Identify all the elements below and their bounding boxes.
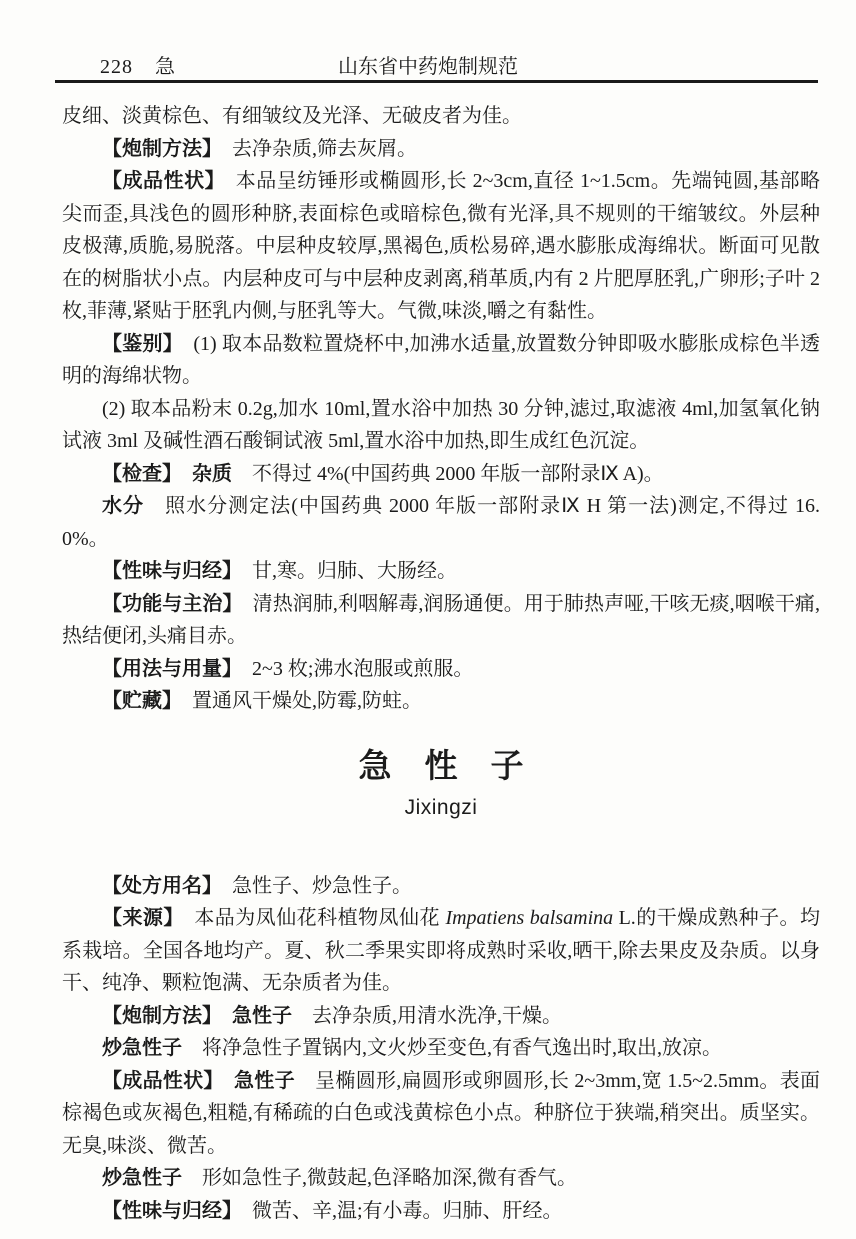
header-rule — [55, 80, 818, 83]
paragraph: 【用法与用量】 2~3 枚;沸水泡服或煎服。 — [62, 653, 820, 686]
section-label: 【成品性状】 — [102, 170, 215, 192]
paragraph: 【成品性状】 急性子 呈椭圆形,扁圆形或卵圆形,长 2~3mm,宽 1.5~2.… — [62, 1065, 820, 1163]
section-label: 【成品性状】 — [102, 1070, 214, 1092]
text-run: 皮细、淡黄棕色、有细皱纹及光泽、无破皮者为佳。 — [62, 105, 522, 127]
section-label: 【炮制方法】 — [102, 138, 212, 160]
text-run: 本品为凤仙花科植物凤仙花 — [174, 907, 446, 929]
text-run: 急性子 — [212, 1005, 292, 1027]
section-label: 【贮藏】 — [102, 690, 172, 712]
text-run: 急性子 — [214, 1070, 295, 1092]
text-run: Impatiens balsamina — [445, 907, 613, 929]
monograph-pinyin: Jixingzi — [62, 795, 820, 821]
paragraph: 【功能与主治】 清热润肺,利咽解毒,润肠通便。用于肺热声哑,干咳无痰,咽喉干痛,… — [62, 588, 820, 653]
text-run: 不得过 4%(中国药典 2000 年版一部附录Ⅸ A)。 — [232, 463, 664, 485]
paragraph: 【炮制方法】 急性子 去净杂质,用清水洗净,干燥。 — [62, 1000, 820, 1033]
document-page: 228急 山东省中药炮制规范 皮细、淡黄棕色、有细皱纹及光泽、无破皮者为佳。【炮… — [0, 0, 856, 1239]
text-run: 置通风干燥处,防霉,防蛀。 — [172, 690, 422, 712]
text-run: 炒急性子 — [102, 1167, 182, 1189]
text-run: 去净杂质,筛去灰屑。 — [212, 138, 417, 160]
text-run: 将净急性子置锅内,文火炒至变色,有香气逸出时,取出,放凉。 — [182, 1037, 722, 1059]
paragraph: 【贮藏】 置通风干燥处,防霉,防蛀。 — [62, 685, 820, 718]
book-title: 山东省中药炮制规范 — [0, 50, 856, 79]
paragraph: 【来源】 本品为凤仙花科植物凤仙花 Impatiens balsamina L.… — [62, 902, 820, 1000]
text-run: 炒急性子 — [102, 1037, 182, 1059]
page-header: 228急 山东省中药炮制规范 — [0, 50, 856, 78]
section-label: 【功能与主治】 — [102, 593, 233, 615]
text-run: (1) 取本品数粒置烧杯中,加沸水适量,放置数分钟即吸水膨胀成棕色半透明的海绵状… — [62, 333, 820, 388]
text-run: 甘,寒。归肺、大肠经。 — [232, 560, 457, 582]
paragraph: 【性味与归经】 微苦、辛,温;有小毒。归肺、肝经。 — [62, 1195, 820, 1228]
section-label: 【炮制方法】 — [102, 1005, 212, 1027]
monograph-body: 【处方用名】 急性子、炒急性子。【来源】 本品为凤仙花科植物凤仙花 Impati… — [62, 870, 820, 1228]
paragraph: 皮细、淡黄棕色、有细皱纹及光泽、无破皮者为佳。 — [62, 100, 820, 133]
paragraph: (2) 取本品粉末 0.2g,加水 10ml,置水浴中加热 30 分钟,滤过,取… — [62, 393, 820, 458]
paragraph: 【炮制方法】 去净杂质,筛去灰屑。 — [62, 133, 820, 166]
paragraph: 【鉴别】 (1) 取本品数粒置烧杯中,加沸水适量,放置数分钟即吸水膨胀成棕色半透… — [62, 328, 820, 393]
section-label: 【处方用名】 — [102, 875, 212, 897]
text-run: 水分 — [102, 495, 144, 517]
text-run: 杂质 — [172, 463, 232, 485]
section-label: 【性味与归经】 — [102, 1200, 232, 1222]
previous-monograph-body: 皮细、淡黄棕色、有细皱纹及光泽、无破皮者为佳。【炮制方法】 去净杂质,筛去灰屑。… — [62, 100, 820, 718]
text-run: 照水分测定法(中国药典 2000 年版一部附录Ⅸ H 第一法)测定,不得过 16… — [62, 495, 820, 550]
paragraph: 炒急性子 形如急性子,微鼓起,色泽略加深,微有香气。 — [62, 1162, 820, 1195]
monograph-title-block: 急 性 子 Jixingzi — [62, 746, 820, 821]
section-label: 【用法与用量】 — [102, 658, 232, 680]
text-run: 去净杂质,用清水洗净,干燥。 — [292, 1005, 562, 1027]
paragraph: 炒急性子 将净急性子置锅内,文火炒至变色,有香气逸出时,取出,放凉。 — [62, 1032, 820, 1065]
text-run: (2) 取本品粉末 0.2g,加水 10ml,置水浴中加热 30 分钟,滤过,取… — [62, 398, 820, 453]
text-run: 本品呈纺锤形或椭圆形,长 2~3cm,直径 1~1.5cm。先端钝圆,基部略尖而… — [62, 170, 820, 322]
monograph-title: 急 性 子 — [62, 746, 820, 786]
paragraph: 【成品性状】 本品呈纺锤形或椭圆形,长 2~3cm,直径 1~1.5cm。先端钝… — [62, 165, 820, 328]
paragraph: 【处方用名】 急性子、炒急性子。 — [62, 870, 820, 903]
paragraph: 【性味与归经】 甘,寒。归肺、大肠经。 — [62, 555, 820, 588]
text-run: 形如急性子,微鼓起,色泽略加深,微有香气。 — [182, 1167, 577, 1189]
text-run: 急性子、炒急性子。 — [212, 875, 412, 897]
page-content: 皮细、淡黄棕色、有细皱纹及光泽、无破皮者为佳。【炮制方法】 去净杂质,筛去灰屑。… — [62, 100, 820, 1227]
paragraph: 水分 照水分测定法(中国药典 2000 年版一部附录Ⅸ H 第一法)测定,不得过… — [62, 490, 820, 555]
section-label: 【鉴别】 — [102, 333, 173, 355]
text-run: 微苦、辛,温;有小毒。归肺、肝经。 — [232, 1200, 563, 1222]
text-run: 2~3 枚;沸水泡服或煎服。 — [232, 658, 473, 680]
paragraph: 【检查】 杂质 不得过 4%(中国药典 2000 年版一部附录Ⅸ A)。 — [62, 458, 820, 491]
section-label: 【检查】 — [102, 463, 172, 485]
section-label: 【性味与归经】 — [102, 560, 232, 582]
section-label: 【来源】 — [102, 907, 174, 929]
